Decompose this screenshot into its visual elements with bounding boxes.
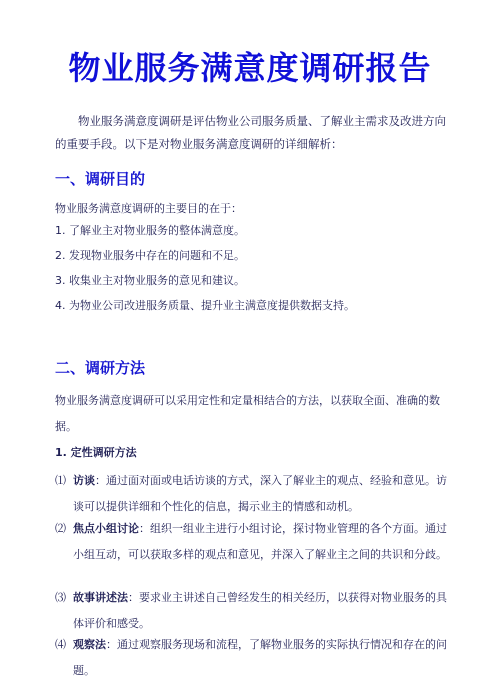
item-number: ⑶: [55, 585, 73, 611]
section-heading-methods: 二、调研方法: [55, 357, 145, 379]
document-title: 物业服务满意度调研报告: [0, 46, 500, 90]
section-heading-purpose: 一、调研目的: [55, 168, 145, 190]
purpose-item: 1. 了解业主对物业服务的整体满意度。: [55, 223, 245, 239]
item-number: ⑵: [55, 516, 73, 542]
item-number: ⑴: [55, 468, 73, 494]
method-item-focus-group: ⑵焦点小组讨论：组织一组业主进行小组讨论，探讨物业管理的各个方面。通过小组互动，…: [55, 516, 455, 568]
method-item-storytelling: ⑶故事讲述法：要求业主讲述自己曾经发生的相关经历，以获得对物业服务的具体评价和感…: [55, 585, 455, 637]
item-term: 访谈: [73, 474, 95, 487]
item-text: ：要求业主讲述自己曾经发生的相关经历，以获得对物业服务的具体评价和感受。: [73, 591, 447, 630]
purpose-lead: 物业服务满意度调研的主要目的在于：: [55, 201, 242, 217]
item-text: ：通过观察服务现场和流程，了解物业服务的实际执行情况和存在的问题。: [73, 638, 447, 677]
document-page: 物业服务满意度调研报告 物业服务满意度调研是评估物业公司服务质量、了解业主需求及…: [0, 0, 500, 694]
item-term: 焦点小组讨论: [73, 522, 139, 535]
intro-paragraph: 物业服务满意度调研是评估物业公司服务质量、了解业主需求及改进方向的重要手段。以下…: [55, 110, 450, 156]
purpose-item: 3. 收集业主对物业服务的意见和建议。: [55, 273, 245, 289]
item-term: 观察法: [73, 638, 106, 651]
item-number: ⑷: [55, 632, 73, 658]
method-item-observation: ⑷观察法：通过观察服务现场和流程，了解物业服务的实际执行情况和存在的问题。: [55, 632, 455, 684]
method-item-interview: ⑴访谈：通过面对面或电话访谈的方式，深入了解业主的观点、经验和意见。访谈可以提供…: [55, 468, 455, 520]
item-term: 故事讲述法: [73, 591, 128, 604]
qualitative-subheading: 1. 定性调研方法: [55, 445, 137, 461]
purpose-item: 2. 发现物业服务中存在的问题和不足。: [55, 248, 245, 264]
item-text: ：通过面对面或电话访谈的方式，深入了解业主的观点、经验和意见。访谈可以提供详细和…: [73, 474, 447, 513]
methods-lead: 物业服务满意度调研可以采用定性和定量相结合的方法，以获取全面、准确的数据。: [55, 388, 450, 440]
purpose-item: 4. 为物业公司改进服务质量、提升业主满意度提供数据支持。: [55, 298, 355, 314]
